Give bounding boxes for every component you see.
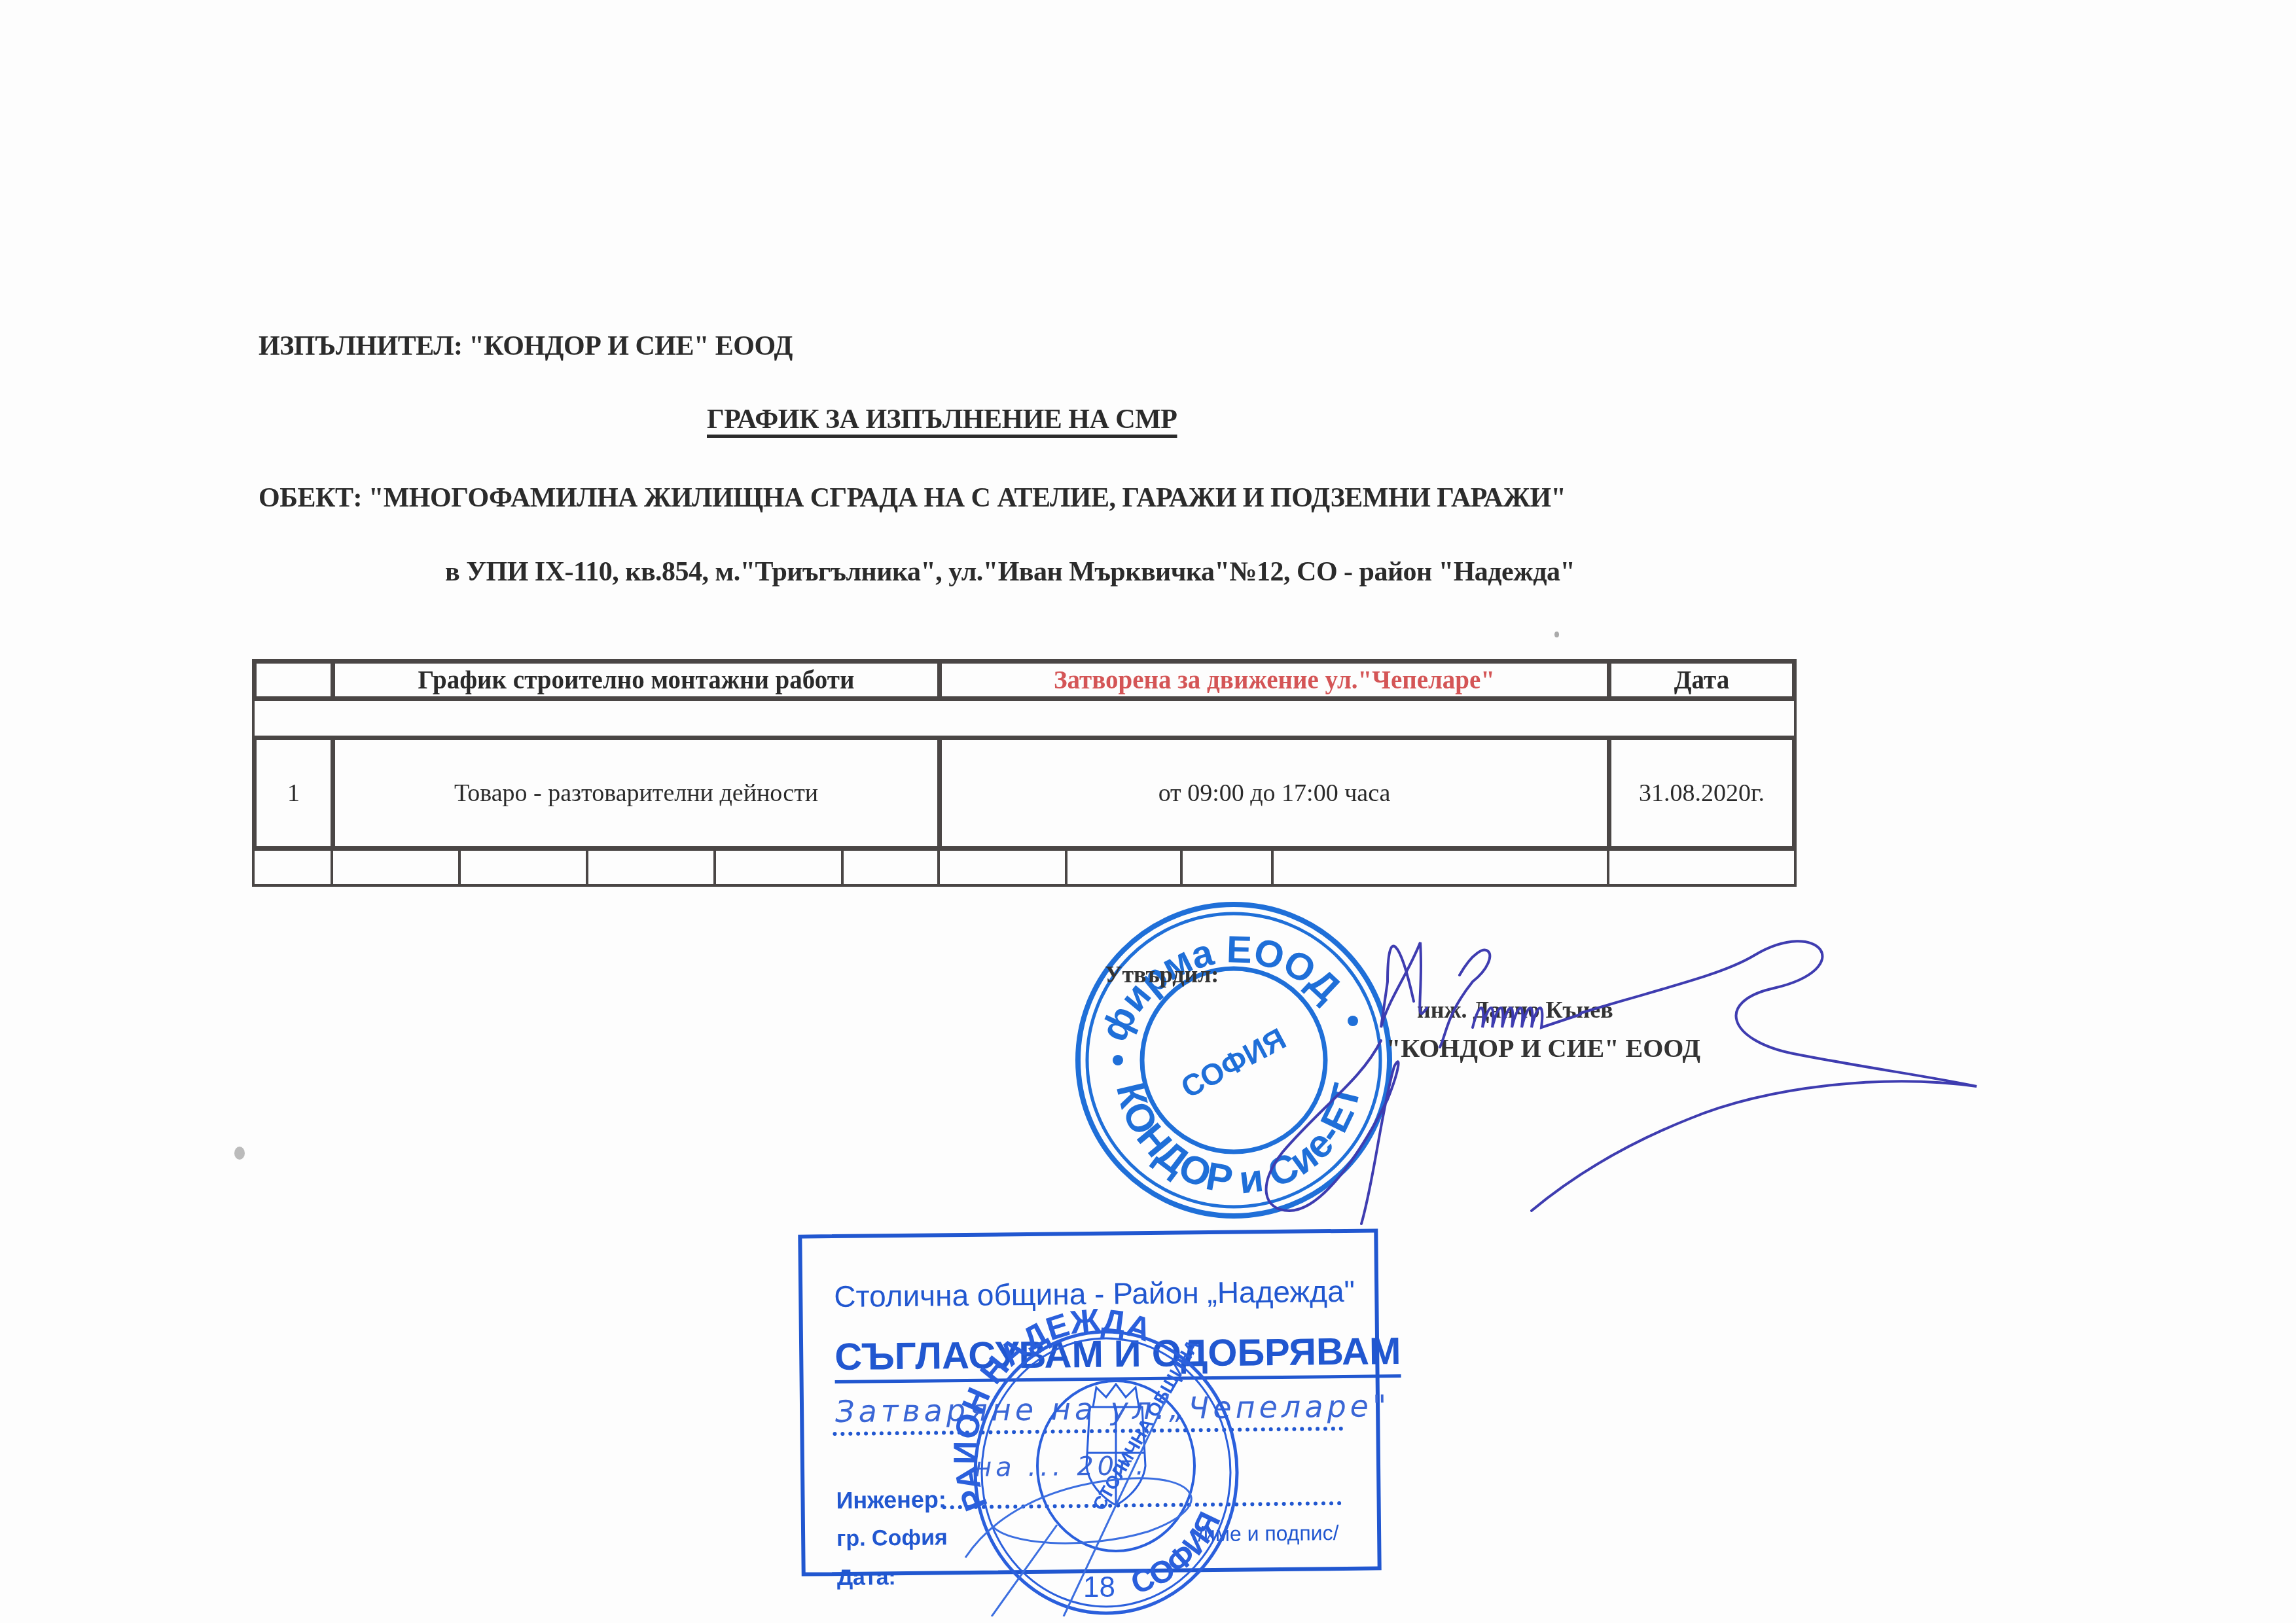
- signature: [1165, 903, 2003, 1230]
- scan-speck: [234, 1147, 245, 1160]
- empty-cell: [1180, 846, 1274, 887]
- empty-cell: [1065, 846, 1183, 887]
- empty-cell: [937, 846, 1067, 887]
- municipal-round-seal: РАЙОН НАДЕЖДА СОФИЯ СТОЛИЧНА ОБЩИНА 18: [952, 1309, 1253, 1616]
- executor-line: ИЗПЪЛНИТЕЛ: "КОНДОР И СИЕ" ЕООД: [259, 330, 793, 362]
- empty-cell: [331, 846, 461, 887]
- scan-speck: [1554, 632, 1559, 637]
- empty-cell: [1607, 846, 1797, 887]
- table-empty-grid-row: [252, 846, 1797, 887]
- empty-cell: [458, 846, 588, 887]
- empty-cell: [1271, 846, 1609, 887]
- row-works-cell: Товаро - разтоварителни дейности: [331, 736, 942, 851]
- seal-number: 18: [1083, 1571, 1115, 1603]
- document-title: ГРАФИК ЗА ИЗПЪЛНЕНИЕ НА СМР: [707, 404, 1177, 435]
- row-date-cell: 31.08.2020г.: [1607, 736, 1797, 851]
- table-header-row: График строително монтажни работи Затвор…: [252, 659, 1797, 701]
- empty-cell: [586, 846, 716, 887]
- engineer-label: Инженер:: [836, 1486, 946, 1514]
- address-line: в УПИ IX-110, кв.854, м."Триъгълника", у…: [445, 556, 1575, 588]
- header-num-cell: [252, 659, 335, 701]
- empty-cell: [841, 846, 940, 887]
- row-closure-cell: от 09:00 до 17:00 часа: [937, 736, 1611, 851]
- table-row: 1 Товаро - разтоварителни дейности от 09…: [252, 736, 1797, 851]
- row-num-cell: 1: [252, 736, 335, 851]
- empty-cell: [252, 846, 333, 887]
- table-spacer-row: [252, 696, 1797, 740]
- object-line: ОБЕКТ: "МНОГОФАМИЛНА ЖИЛИЩНА СГРАДА НА С…: [259, 482, 1566, 514]
- municipality-header: Столична община - Район „Надежда": [834, 1274, 1355, 1314]
- header-closure-cell: Затворена за движение ул."Чепеларе": [937, 659, 1611, 701]
- city-label: гр. София: [836, 1525, 948, 1552]
- empty-cell: [713, 846, 844, 887]
- header-works-cell: График строително монтажни работи: [331, 659, 942, 701]
- date-label: Дата:: [837, 1565, 896, 1591]
- header-date-cell: Дата: [1607, 659, 1797, 701]
